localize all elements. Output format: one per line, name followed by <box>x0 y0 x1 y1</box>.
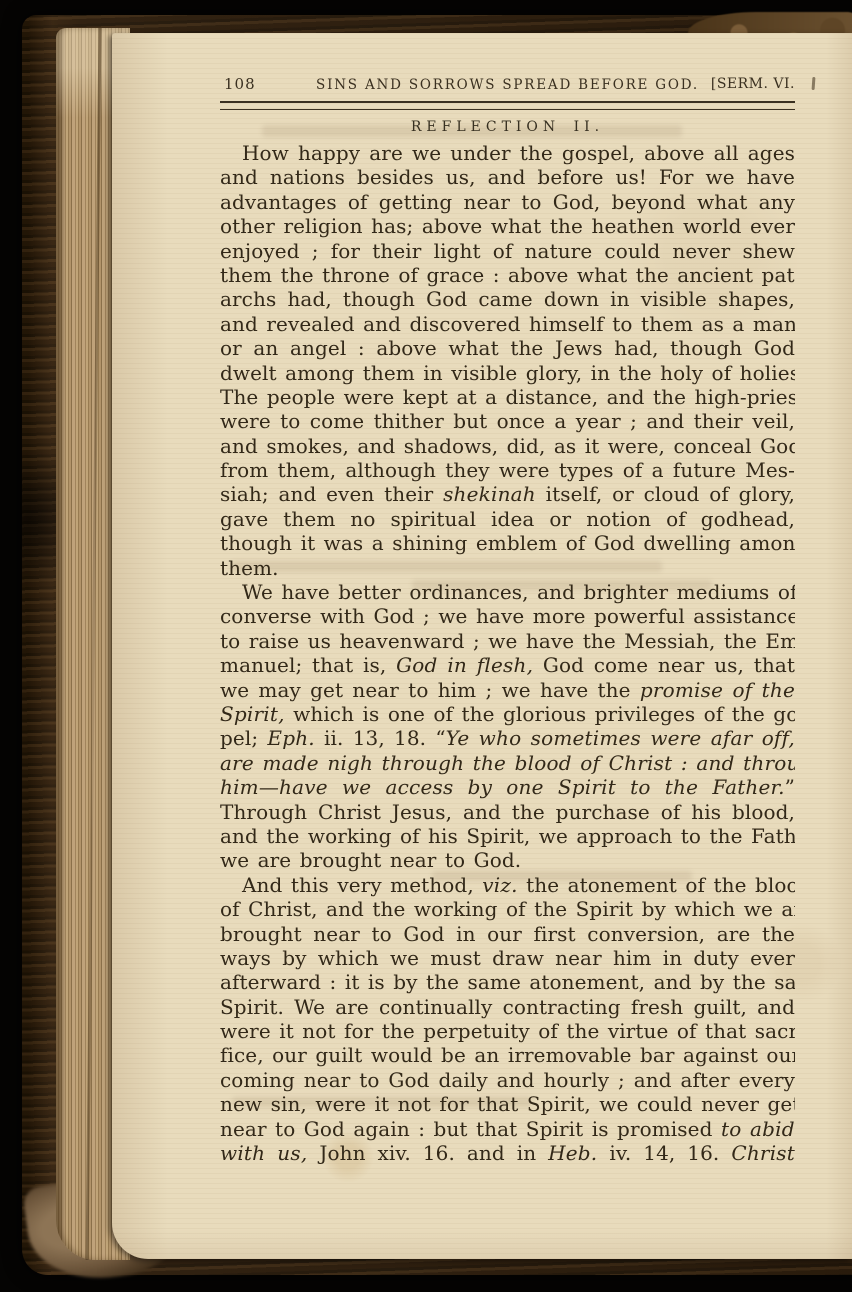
page-content: 108 SINS AND SORROWS SPREAD BEFORE GOD. … <box>112 33 852 1165</box>
running-title: SINS AND SORROWS SPREAD BEFORE GOD. <box>316 77 699 93</box>
page-number: 108 <box>224 75 256 93</box>
text-line: We have better ordinances, and brighter … <box>220 580 795 604</box>
header-rule <box>220 101 795 110</box>
text-line: Through Christ Jesus, and the purchase o… <box>220 800 795 824</box>
text-line: them. <box>220 556 795 580</box>
section-heading: REFLECTION II. <box>220 119 795 135</box>
text-line: new sin, were it not for that Spirit, we… <box>220 1092 795 1116</box>
text-line: were to come thither but once a year ; a… <box>220 409 795 433</box>
text-line: though it was a shining emblem of God dw… <box>220 531 795 555</box>
text-line: ways by which we must draw near him in d… <box>220 946 795 970</box>
text-line: we may get near to him ; we have the pro… <box>220 678 795 702</box>
text-line: him—have we access by one Spirit to the … <box>220 775 795 799</box>
text-line: How happy are we under the gospel, above… <box>220 141 795 165</box>
text-line: afterward : it is by the same atonement,… <box>220 970 795 994</box>
text-line: dwelt among them in visible glory, in th… <box>220 361 795 385</box>
text-line: are made nigh through the blood of Chris… <box>220 751 795 775</box>
text-line: siah; and even their shekinah itself, or… <box>220 482 795 506</box>
text-line: brought near to God in our first convers… <box>220 922 795 946</box>
text-line: Spirit. We are continually contracting f… <box>220 995 795 1019</box>
book-page: 108 SINS AND SORROWS SPREAD BEFORE GOD. … <box>112 33 852 1259</box>
text-line: And this very method, viz. the atonement… <box>220 873 795 897</box>
paragraph: And this very method, viz. the atonement… <box>220 873 795 1166</box>
text-line: were it not for the perpetuity of the vi… <box>220 1019 795 1043</box>
text-line: near to God again : but that Spirit is p… <box>220 1117 795 1141</box>
text-line: advantages of getting near to God, beyon… <box>220 190 795 214</box>
text-line: converse with God ; we have more powerfu… <box>220 604 795 628</box>
text-line: of Christ, and the working of the Spirit… <box>220 897 795 921</box>
paragraph: How happy are we under the gospel, above… <box>220 141 795 580</box>
text-line: manuel; that is, God in flesh, God come … <box>220 653 795 677</box>
text-line: gave them no spiritual idea or notion of… <box>220 507 795 531</box>
book-photograph: 108 SINS AND SORROWS SPREAD BEFORE GOD. … <box>0 0 852 1292</box>
text-line: other religion has; above what the heath… <box>220 214 795 238</box>
text-line: and smokes, and shadows, did, as it were… <box>220 434 795 458</box>
text-line: Spirit, which is one of the glorious pri… <box>220 702 795 726</box>
text-line: pel; Eph. ii. 13, 18. “Ye who sometimes … <box>220 726 795 750</box>
fore-edge-streak <box>86 28 102 1260</box>
text-line: and revealed and discovered himself to t… <box>220 312 795 336</box>
text-line: them the throne of grace : above what th… <box>220 263 795 287</box>
paragraph: We have better ordinances, and brighter … <box>220 580 795 873</box>
text-line: coming near to God daily and hourly ; an… <box>220 1068 795 1092</box>
text-line: archs had, though God came down in visib… <box>220 287 795 311</box>
running-head: 108 SINS AND SORROWS SPREAD BEFORE GOD. … <box>220 75 795 95</box>
body-text: How happy are we under the gospel, above… <box>220 141 795 1165</box>
text-line: we are brought near to God. <box>220 848 795 872</box>
text-line: to raise us heavenward ; we have the Mes… <box>220 629 795 653</box>
text-line: and nations besides us, and before us! F… <box>220 165 795 189</box>
text-line: from them, although they were types of a… <box>220 458 795 482</box>
sermon-reference: [SERM. VI. <box>711 76 795 92</box>
text-line: fice, our guilt would be an irremovable … <box>220 1043 795 1067</box>
text-line: enjoyed ; for their light of nature coul… <box>220 239 795 263</box>
text-line: with us, John xiv. 16. and in Heb. iv. 1… <box>220 1141 795 1165</box>
text-line: or an angel : above what the Jews had, t… <box>220 336 795 360</box>
text-line: The people were kept at a distance, and … <box>220 385 795 409</box>
text-line: and the working of his Spirit, we approa… <box>220 824 795 848</box>
